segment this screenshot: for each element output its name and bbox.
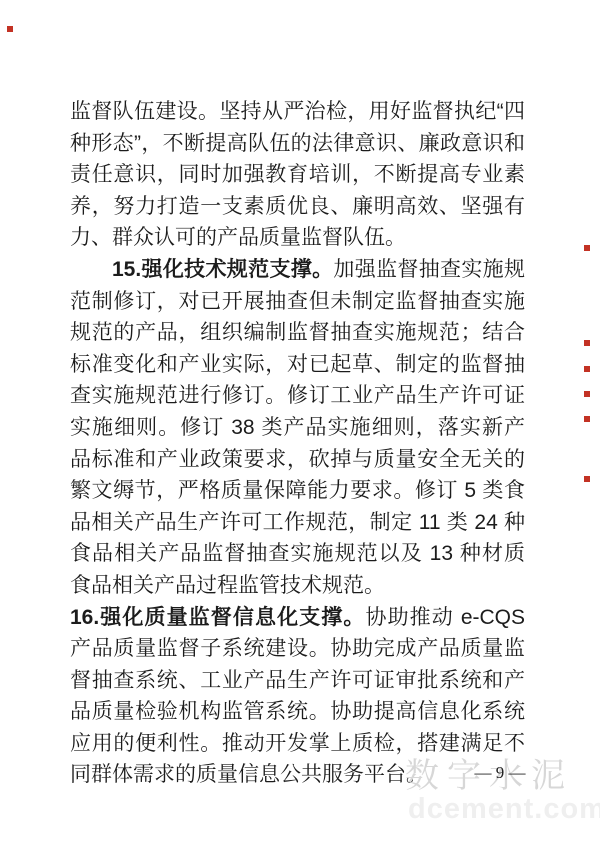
- paragraph-heading: 16.强化质量监督信息化支撑。: [70, 606, 365, 629]
- paragraph-body: 加强监督抽查实施规范制修订，对已开展抽查但未制定监督抽查实施规范的产品，组织编制…: [70, 258, 525, 597]
- page-number: — 9 —: [440, 763, 560, 783]
- paragraph-heading: 15.强化技术规范支撑。: [112, 258, 333, 281]
- red-scan-mark: [584, 245, 590, 251]
- red-scan-mark: [584, 416, 590, 422]
- paragraph-body: 监督队伍建设。坚持从严治检，用好监督执纪“四种形态”，不断提高队伍的法律意识、廉…: [70, 100, 525, 249]
- paragraph: 15.强化技术规范支撑。加强监督抽查实施规范制修订，对已开展抽查但未制定监督抽查…: [70, 254, 525, 602]
- red-scan-mark: [584, 366, 590, 372]
- paragraph: 监督队伍建设。坚持从严治检，用好监督执纪“四种形态”，不断提高队伍的法律意识、廉…: [70, 96, 525, 254]
- watermark-text-domain: dcement.com: [408, 793, 600, 826]
- red-scan-mark: [584, 340, 590, 346]
- document-page: { "page": { "paragraphs": [ { "bold_lead…: [0, 0, 600, 848]
- document-text-block: 监督队伍建设。坚持从严治检，用好监督执纪“四种形态”，不断提高队伍的法律意识、廉…: [70, 96, 525, 791]
- red-scan-mark: [7, 26, 13, 32]
- red-scan-mark: [584, 391, 590, 397]
- red-scan-mark: [584, 476, 590, 482]
